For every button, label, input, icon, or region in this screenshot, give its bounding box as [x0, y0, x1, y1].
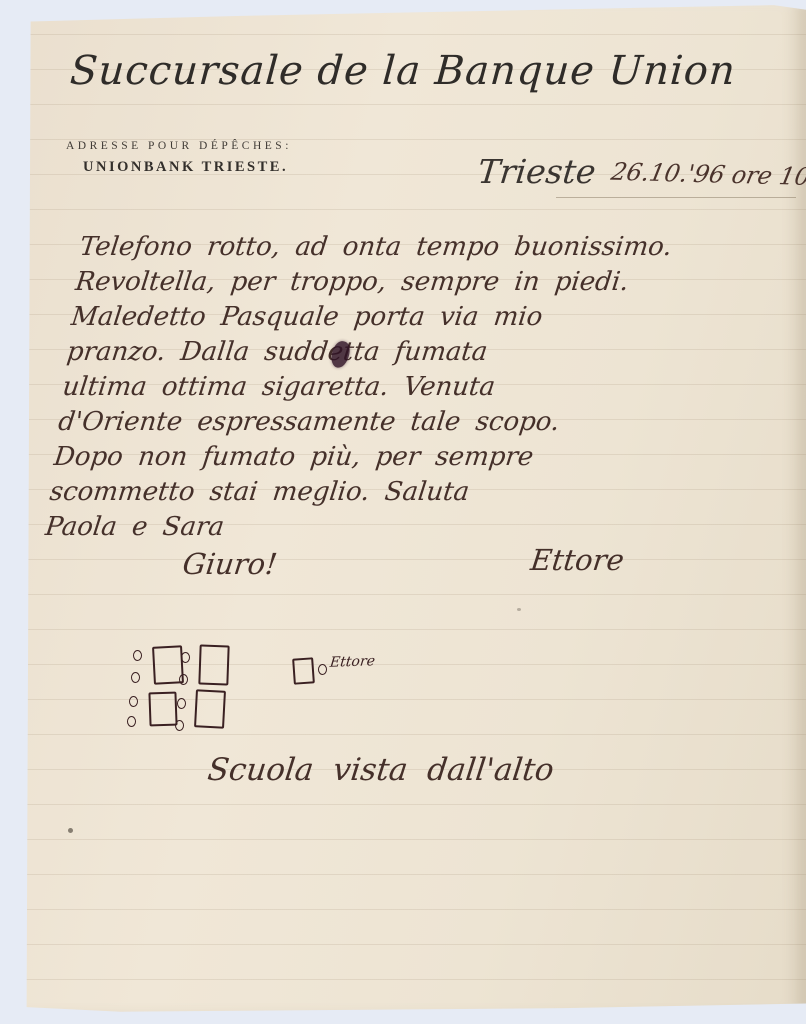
scanned-letter-page: Succursale de la Banque Union ADRESSE PO…	[0, 0, 806, 1024]
desk-sketch	[148, 692, 177, 727]
telegraph-address-block: ADRESSE POUR DÉPÊCHES: UNIONBANK TRIESTE…	[66, 140, 292, 176]
body-line: Dopo non fumato più, per sempre	[52, 440, 768, 475]
dateline-handwritten-date: 26.10.'96 ore 10 ant.	[608, 158, 806, 193]
paper-speck	[517, 608, 521, 611]
body-line: ultima ottima sigaretta. Venuta	[61, 370, 777, 405]
person-dot	[181, 652, 190, 663]
signature: Ettore	[529, 543, 626, 577]
person-dot	[318, 664, 327, 675]
teacher-desk-label: Ettore	[329, 653, 376, 671]
person-dot	[131, 672, 140, 683]
dateline-place: Trieste	[476, 152, 598, 191]
letter-body: Telefono rotto, ad onta tempo buonissimo…	[43, 230, 794, 545]
person-dot	[127, 716, 136, 727]
paper-speck	[68, 828, 73, 833]
body-line: Maledetto Pasquale porta via mio	[69, 300, 785, 335]
person-dot	[177, 698, 186, 709]
telegraph-address-value: UNIONBANK TRIESTE.	[83, 159, 292, 176]
telegraph-address-label: ADRESSE POUR DÉPÊCHES:	[66, 140, 292, 152]
closing-oath: Giuro!	[181, 547, 279, 581]
paper-sheet: Succursale de la Banque Union ADRESSE PO…	[0, 0, 806, 1024]
desk-sketch	[198, 644, 229, 685]
person-dot	[179, 674, 188, 685]
body-line: d'Oriente espressamente tale scopo.	[56, 405, 772, 440]
classroom-sketch: Ettore	[125, 640, 425, 740]
letterhead-title: Succursale de la Banque Union	[0, 38, 806, 104]
desk-sketch	[194, 689, 226, 729]
body-line: scommetto stai meglio. Saluta	[48, 475, 764, 510]
person-dot	[129, 696, 138, 707]
person-dot	[175, 720, 184, 731]
body-line: Revoltella, per troppo, sempre in piedi.	[73, 265, 789, 300]
body-line: Telefono rotto, ad onta tempo buonissimo…	[78, 230, 794, 265]
teacher-desk-sketch	[292, 657, 315, 684]
body-line: pranzo. Dalla suddetta fumata	[65, 335, 781, 370]
dateline-rule	[556, 197, 796, 198]
body-line: Paola e Sara	[43, 510, 759, 545]
dateline: Trieste 26.10.'96 ore 10 ant.	[478, 152, 806, 191]
sketch-caption: Scuola vista dall'alto	[0, 752, 766, 788]
person-dot	[133, 650, 142, 661]
